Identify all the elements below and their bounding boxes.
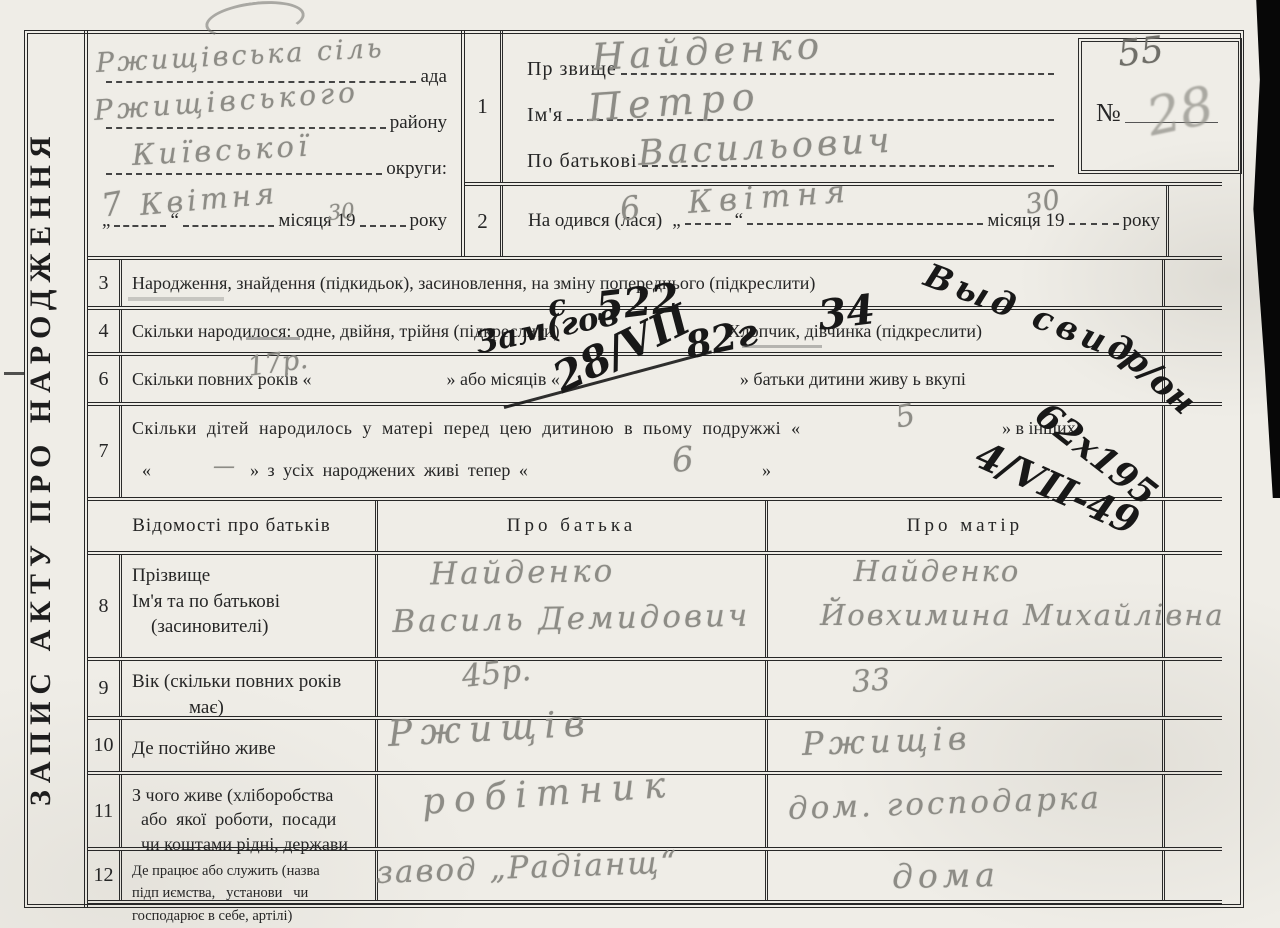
empty-tail-cell bbox=[1162, 851, 1222, 900]
fill-line bbox=[747, 221, 983, 225]
number-sign: № bbox=[1096, 99, 1121, 128]
scanned-birth-record: ЗАПИС АКТУ ПРО НАРОДЖЕННЯ ада району окр… bbox=[0, 0, 1280, 928]
empty-tail-cell bbox=[1162, 501, 1222, 551]
row-number: 7 bbox=[88, 406, 122, 497]
row-number: 8 bbox=[88, 555, 122, 657]
hw-mother-name: Найденко Йовхимина Михайлівна bbox=[820, 550, 1225, 637]
alive-now-label: » з усіх народжених живі тепер « bbox=[250, 460, 528, 481]
hw-record-year: 30 bbox=[327, 196, 356, 230]
district-label: району bbox=[390, 113, 447, 134]
scan-torn-edge bbox=[1244, 0, 1280, 498]
empty-tail-cell bbox=[1162, 775, 1222, 847]
quote-open: « bbox=[142, 460, 151, 481]
occupation-label: З чого живе (хліборобства або якої робот… bbox=[122, 775, 375, 856]
or-months-label: » або місяців « bbox=[446, 369, 559, 390]
hw-children-other-dash: — bbox=[213, 450, 235, 483]
row-number: 3 bbox=[88, 260, 122, 306]
fill-line bbox=[1069, 221, 1119, 225]
row-number: 12 bbox=[88, 851, 122, 900]
row-number: 11 bbox=[88, 775, 122, 847]
hw-mother-workplace: дома bbox=[892, 850, 1001, 901]
ink-note-34: 34 bbox=[815, 285, 877, 340]
village-label: ада bbox=[420, 67, 447, 88]
quote-open: „ bbox=[672, 211, 680, 232]
row-number: 10 bbox=[88, 720, 122, 771]
name-label: Ім'я bbox=[527, 104, 563, 126]
hw-father-age: 45р. bbox=[460, 647, 534, 700]
hw-father-name: Найденко Василь Демидович bbox=[391, 546, 750, 645]
fill-line bbox=[360, 223, 406, 227]
header-parents-info: Відомості про батьків bbox=[88, 501, 378, 551]
hw-mother-residence: Ржищів bbox=[801, 714, 972, 768]
fill-line bbox=[183, 223, 275, 227]
underline-khlopchyk bbox=[742, 345, 822, 348]
mother-age-cell bbox=[768, 661, 1162, 716]
year-suffix: року bbox=[1123, 211, 1160, 232]
empty-tail-cell bbox=[1162, 310, 1222, 352]
underline-odne bbox=[246, 337, 300, 340]
workplace-label: Де працює або служить (назва підп иємств… bbox=[122, 851, 375, 927]
header-about-father: Про батька bbox=[378, 501, 768, 551]
hw-full-years: 17р. bbox=[245, 340, 310, 388]
empty-tail-cell bbox=[1162, 720, 1222, 771]
row-number: 4 bbox=[88, 310, 122, 352]
patronymic-label: По батькові bbox=[527, 150, 638, 172]
birth-type-label: Народження, знайдення (підкидьок), засин… bbox=[132, 273, 815, 294]
residence-label: Де постійно живе bbox=[122, 720, 375, 762]
hw-birth-year: 30 bbox=[1022, 180, 1063, 226]
underline-narodzhennia bbox=[128, 297, 224, 301]
empty-tail-cell bbox=[1162, 406, 1222, 497]
section-number: 1 bbox=[465, 30, 503, 182]
children-before-label: Скільки дітей народилось у матері перед … bbox=[132, 418, 801, 439]
section-number: 2 bbox=[465, 186, 503, 256]
table-row-age: 9 Вік (скільки повних років має) bbox=[88, 657, 1222, 716]
okruha-label: округи: bbox=[386, 159, 447, 180]
parents-cohabit-label: » батьки дитини живу ь вкупі bbox=[740, 369, 966, 390]
row-number: 9 bbox=[88, 661, 122, 716]
hw-mother-age: 33 bbox=[850, 657, 891, 705]
hw-children-alive: 6 bbox=[670, 434, 696, 487]
empty-tail-cell bbox=[1162, 661, 1222, 716]
age-label: Вік (скільки повних років має) bbox=[122, 661, 375, 720]
row-number: 6 bbox=[88, 356, 122, 402]
year-suffix: року bbox=[410, 211, 447, 232]
empty-tail-cell bbox=[1166, 186, 1222, 256]
names-label: Прізвище Ім'я та по батькові (засиновите… bbox=[122, 555, 375, 640]
quote-close: » bbox=[762, 460, 771, 481]
hw-father-residence: Ржищів bbox=[387, 697, 594, 762]
form-title-vertical: ЗАПИС АКТУ ПРО НАРОДЖЕННЯ bbox=[24, 118, 88, 818]
hw-record-number: 55 bbox=[1115, 23, 1166, 81]
empty-tail-cell bbox=[1162, 260, 1222, 306]
margin-mark bbox=[4, 372, 24, 375]
